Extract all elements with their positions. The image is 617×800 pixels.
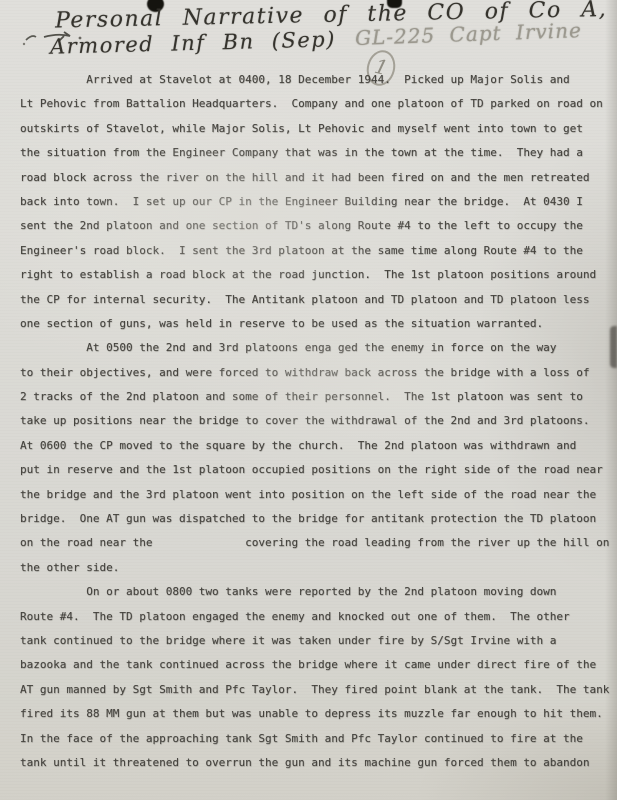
- typed-line: sent the 2nd platoon and one section of …: [20, 214, 614, 238]
- document-page: Personal Narrative of the CO of Co A, 52…: [0, 0, 617, 800]
- typed-line: tank continued to the bridge where it wa…: [20, 629, 614, 653]
- typed-line: Route #4. The TD platoon engaged the ene…: [20, 605, 614, 629]
- typed-line: on the road near the covering the road l…: [20, 531, 614, 555]
- typed-line: outskirts of Stavelot, while Major Solis…: [20, 117, 614, 141]
- typed-line: one section of guns, was held in reserve…: [20, 312, 614, 336]
- typed-line: bridge. One AT gun was dispatched to the…: [20, 507, 614, 531]
- typed-line: Engineer's road block. I sent the 3rd pl…: [20, 239, 614, 263]
- typed-line: the other side.: [20, 556, 614, 580]
- typed-line: back into town. I set up our CP in the E…: [20, 190, 614, 214]
- typed-line: to their objectives, and were forced to …: [20, 361, 614, 385]
- typed-line: take up positions near the bridge to cov…: [20, 409, 614, 433]
- typed-line: bazooka and the tank continued across th…: [20, 653, 614, 677]
- right-edge-smudge: [610, 326, 617, 368]
- typed-line: put in reserve and the 1st platoon occup…: [20, 458, 614, 482]
- typed-line: road block across the river on the hill …: [20, 166, 614, 190]
- typed-line: Arrived at Stavelot at 0400, 18 December…: [20, 68, 614, 92]
- typed-line: the situation from the Engineer Company …: [20, 141, 614, 165]
- typed-line: tank until it threatened to overrun the …: [20, 751, 614, 775]
- typed-line: right to establish a road block at the r…: [20, 263, 614, 287]
- typed-line: the CP for internal security. The Antita…: [20, 288, 614, 312]
- typed-line: 2 tracks of the 2nd platoon and some of …: [20, 385, 614, 409]
- typed-line: At 0500 the 2nd and 3rd platoons enga ge…: [20, 336, 614, 360]
- typed-line: the bridge and the 3rd platoon went into…: [20, 483, 614, 507]
- typed-line: At 0600 the CP moved to the square by th…: [20, 434, 614, 458]
- typed-line: In the face of the approaching tank Sgt …: [20, 727, 614, 751]
- typed-line: AT gun manned by Sgt Smith and Pfc Taylo…: [20, 678, 614, 702]
- typed-text: Arrived at Stavelot at 0400, 18 December…: [20, 68, 614, 775]
- typed-line: fired its 88 MM gun at them but was unab…: [20, 702, 614, 726]
- typed-line: Lt Pehovic from Battalion Headquarters. …: [20, 92, 614, 116]
- typed-line: On or about 0800 two tanks were reported…: [20, 580, 614, 604]
